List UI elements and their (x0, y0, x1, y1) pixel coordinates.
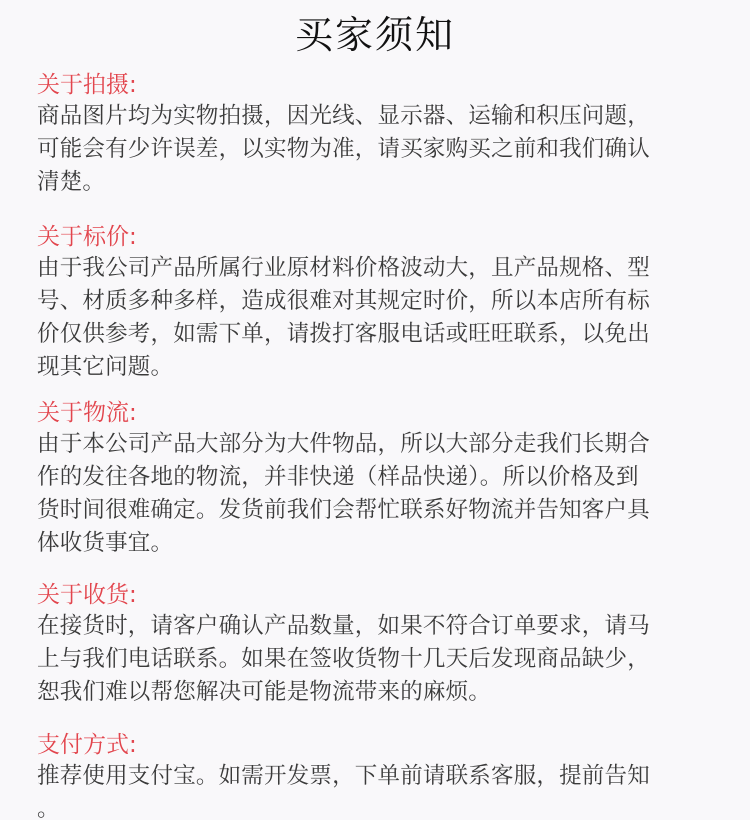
section-body: 在接货时，请客户确认产品数量，如果不符合订单要求，请马 上与我们电话联系。如果在… (37, 610, 727, 709)
section-body: 商品图片均为实物拍摄，因光线、显示器、运输和积压问题， 可能会有少许误差，以实物… (37, 100, 727, 199)
section-body: 推荐使用支付宝。如需开发票，下单前请联系客服，提前告知 。 (37, 760, 727, 820)
section-pricing: 关于标价: 由于我公司产品所属行业原材料价格波动大，且产品规格、型 号、材质多种… (37, 222, 727, 384)
section-body: 由于本公司产品大部分为大件物品，所以大部分走我们长期合 作的发往各地的物流，并非… (37, 428, 727, 560)
page-title: 买家须知 (0, 12, 750, 58)
section-heading: 关于标价: (37, 222, 727, 252)
buyer-notice-page: 买家须知 关于拍摄: 商品图片均为实物拍摄，因光线、显示器、运输和积压问题， 可… (0, 0, 750, 820)
section-body: 由于我公司产品所属行业原材料价格波动大，且产品规格、型 号、材质多种多样，造成很… (37, 252, 727, 384)
section-heading: 关于收货: (37, 580, 727, 610)
section-heading: 关于物流: (37, 398, 727, 428)
section-logistics: 关于物流: 由于本公司产品大部分为大件物品，所以大部分走我们长期合 作的发往各地… (37, 398, 727, 560)
section-payment: 支付方式: 推荐使用支付宝。如需开发票，下单前请联系客服，提前告知 。 (37, 730, 727, 820)
section-heading: 关于拍摄: (37, 70, 727, 100)
section-receiving: 关于收货: 在接货时，请客户确认产品数量，如果不符合订单要求，请马 上与我们电话… (37, 580, 727, 709)
section-heading: 支付方式: (37, 730, 727, 760)
section-photography: 关于拍摄: 商品图片均为实物拍摄，因光线、显示器、运输和积压问题， 可能会有少许… (37, 70, 727, 199)
